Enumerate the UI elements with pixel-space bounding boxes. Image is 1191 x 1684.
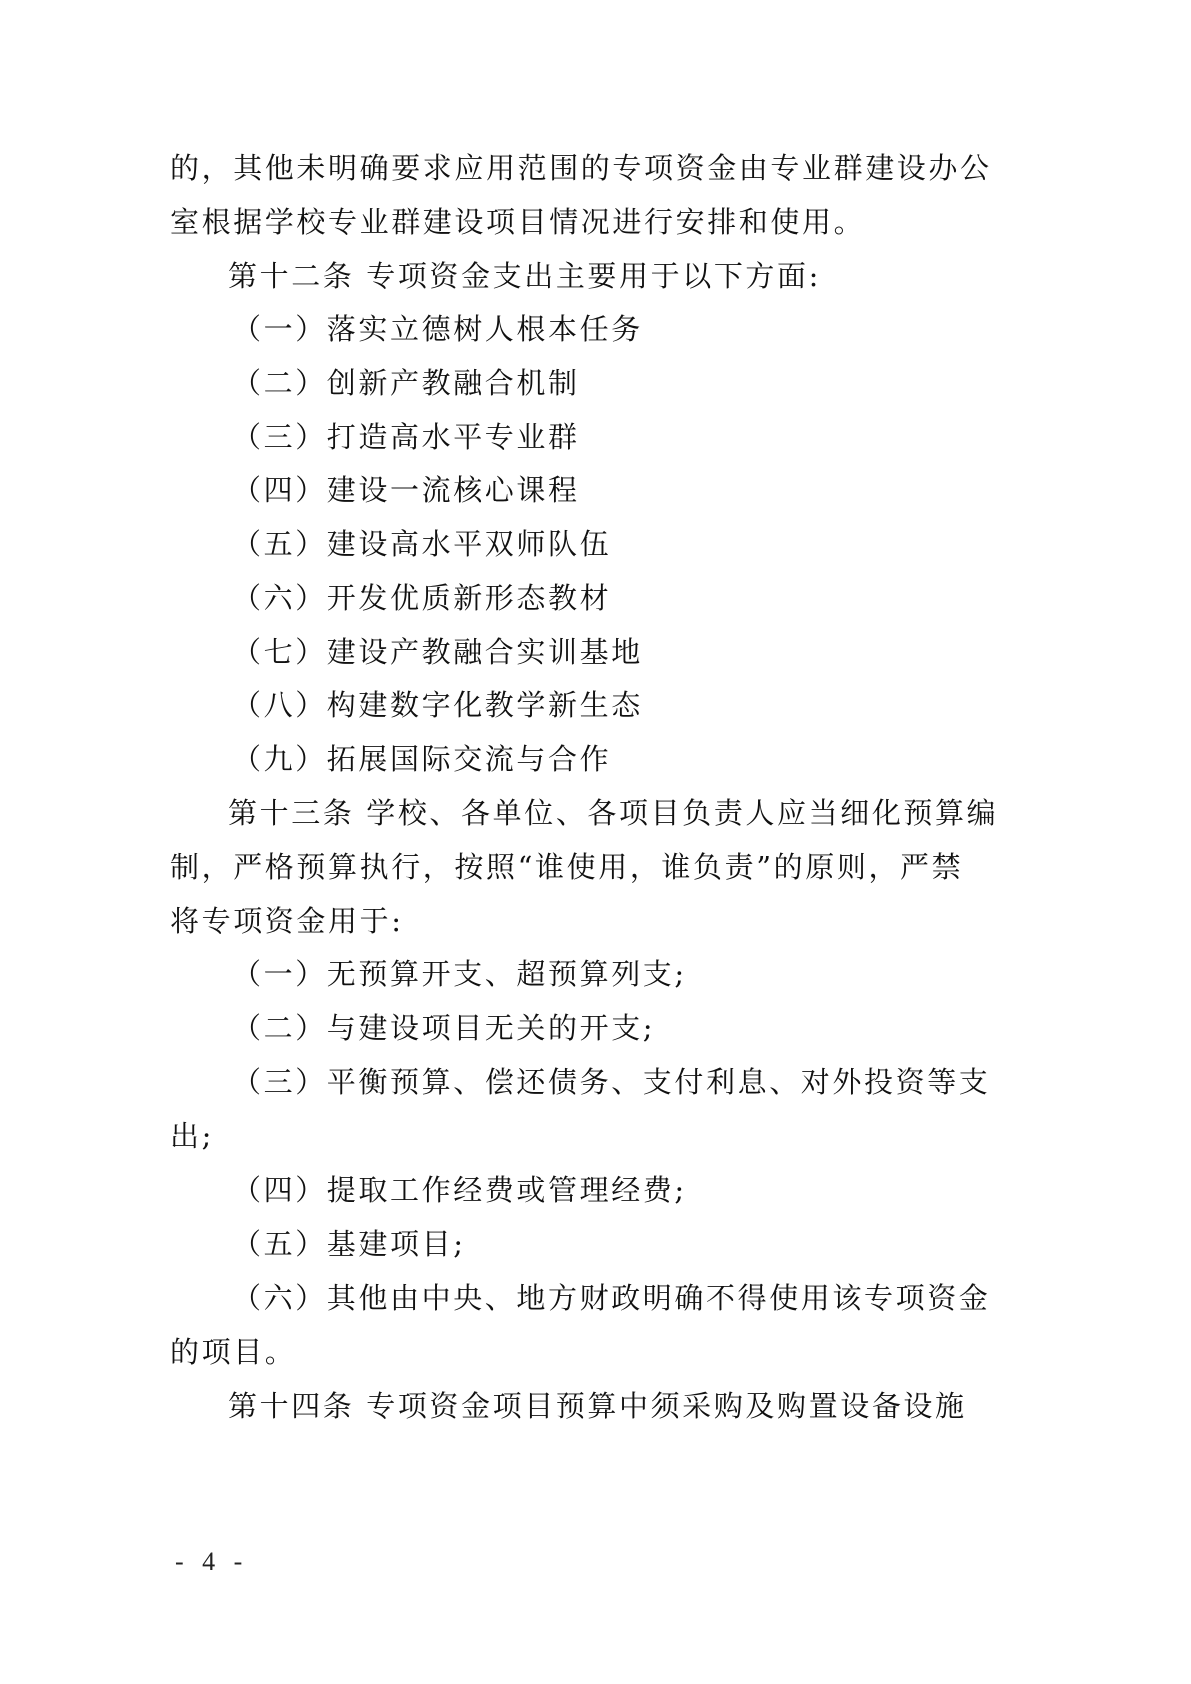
list-item: （七）建设产教融合实训基地 bbox=[232, 634, 1007, 670]
body-line: 的，其他未明确要求应用范围的专项资金由专业群建设办公 bbox=[170, 150, 945, 186]
article-heading: 第十三条 学校、各单位、各项目负责人应当细化预算编 bbox=[228, 795, 1003, 831]
list-item: （一）无预算开支、超预算列支; bbox=[232, 956, 1007, 992]
list-item: （八）构建数字化教学新生态 bbox=[232, 687, 1007, 723]
list-item: （六）开发优质新形态教材 bbox=[232, 580, 1007, 616]
body-line: 室根据学校专业群建设项目情况进行安排和使用。 bbox=[170, 204, 945, 240]
article-heading: 第十四条 专项资金项目预算中须采购及购置设备设施 bbox=[228, 1388, 1003, 1424]
body-line: 制，严格预算执行，按照“谁使用，谁负责”的原则，严禁 bbox=[170, 849, 945, 885]
list-item: （二）与建设项目无关的开支; bbox=[232, 1010, 1007, 1046]
list-item: （四）提取工作经费或管理经费; bbox=[232, 1172, 1007, 1208]
list-item: （一）落实立德树人根本任务 bbox=[232, 311, 1007, 347]
list-item: （四）建设一流核心课程 bbox=[232, 472, 1007, 508]
document-page: 的，其他未明确要求应用范围的专项资金由专业群建设办公 室根据学校专业群建设项目情… bbox=[0, 0, 1191, 1684]
list-item: （六）其他由中央、地方财政明确不得使用该专项资金 bbox=[232, 1280, 1007, 1316]
body-line: 的项目。 bbox=[170, 1334, 945, 1370]
body-line: 将专项资金用于: bbox=[170, 903, 945, 939]
list-item: （三）平衡预算、偿还债务、支付利息、对外投资等支 bbox=[232, 1064, 1007, 1100]
body-line: 出; bbox=[170, 1118, 945, 1154]
list-item: （三）打造高水平专业群 bbox=[232, 419, 1007, 455]
list-item: （二）创新产教融合机制 bbox=[232, 365, 1007, 401]
list-item: （五）建设高水平双师队伍 bbox=[232, 526, 1007, 562]
article-heading: 第十二条 专项资金支出主要用于以下方面: bbox=[228, 258, 1003, 294]
list-item: （九）拓展国际交流与合作 bbox=[232, 741, 1007, 777]
list-item: （五）基建项目; bbox=[232, 1226, 1007, 1262]
page-number: - 4 - bbox=[175, 1547, 248, 1577]
